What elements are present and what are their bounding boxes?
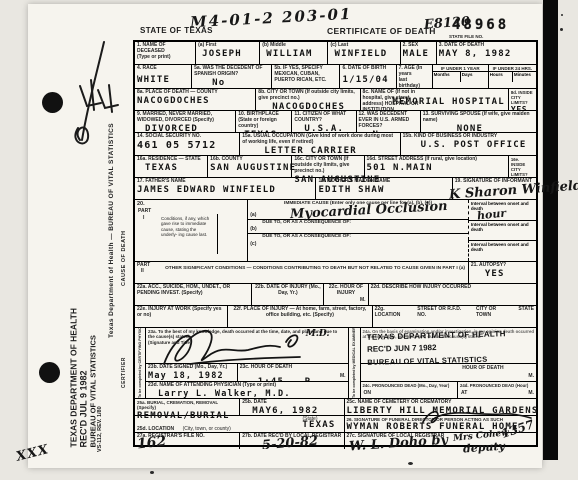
hours-label: Hours [489, 72, 512, 82]
months-label: Months [433, 72, 460, 82]
line-letter: (b) [250, 227, 256, 233]
label: 9. MARRIED, NEVER MARRIED, WIDOWED, DIVO… [137, 112, 233, 124]
field-spanish-origin: 5a. WAS THE DECEDENT OF SPANISH ORIGIN? … [191, 65, 271, 88]
label: 8b. CITY OR TOWN (If outside city limits… [258, 90, 357, 102]
field-res-county: 16b. COUNTY SAN AUGUSTINE [207, 156, 291, 177]
received-stamp-jun: TEXAS DEPARTMENT OF HEALTH REC'D JUN 7 1… [366, 329, 506, 367]
line-letter: (c) [250, 242, 256, 248]
field-disposition-location: 25d. LOCATION (City, town, or county) (S… [135, 416, 344, 432]
label: 1. NAME OF DECEASED [137, 43, 193, 55]
value: U.S.A. [304, 124, 353, 132]
label: 8d. INSIDE CITY LIMITS? [511, 90, 534, 105]
row-race: 4. RACE WHITE 5a. WAS THE DECEDENT OF SP… [135, 64, 536, 88]
label: 22b. DATE OF INJURY (Mo., Day, Yr.) [254, 285, 321, 297]
strip-text: To be completed by CERTIFYING PHYSICIAN [138, 328, 142, 398]
scan-edge-bar [543, 0, 558, 460]
label: 22c. HOUR OF INJURY [326, 285, 365, 297]
field-injury-date: 22b. DATE OF INJURY (Mo., Day, Yr.) [251, 284, 323, 305]
field-attending-physician: 23d. NAME OF ATTENDING PHYSICIAN (Type o… [146, 381, 348, 398]
label: 10. BIRTHPLACE (State or foreign country… [238, 112, 289, 130]
form-number-vertical: VS-112, REV. 1/80 [97, 348, 103, 452]
row-cause-part1: 20. PART I Conditions, if any, which gav… [135, 199, 536, 261]
field-father-name: 17. FATHER'S NAME JAMES EDWARD WINFIELD [135, 178, 315, 199]
field-burial-type: 25a. BURIAL, CREMATION, REMOVAL (Specify… [135, 399, 239, 415]
meridiem-label: M. [340, 374, 346, 380]
label: 11. CITIZEN OF WHAT COUNTRY? [294, 112, 353, 124]
field-pod-county: 8a. PLACE OF DEATH — COUNTY NACOGDOCHES [135, 89, 255, 110]
value: YES [511, 105, 534, 110]
field-pod-city: 8b. CITY OR TOWN (If outside city limits… [255, 89, 359, 110]
value: MEMORIAL HOSPITAL [392, 97, 505, 107]
cause-lines: IMMEDIATE CAUSE (Enter only one cause pe… [247, 200, 468, 261]
part-number: II [137, 269, 161, 275]
row-parents: 17. FATHER'S NAME JAMES EDWARD WINFIELD … [135, 177, 536, 199]
field-first-name: (a) First JOSEPH [195, 42, 259, 64]
label: 16c. CITY OR TOWN (If outside city limit… [294, 157, 361, 175]
value: MAY6, 1982 [252, 406, 341, 415]
value: SAN AUGUSTINE [210, 163, 289, 173]
label: IF UNDER 24 HRS. [489, 65, 536, 71]
stamp-line: TEXAS DEPARTMENT OF HEALTH [69, 298, 79, 448]
stamp-line: REC'D JUN 7 1982 [366, 341, 505, 354]
interval-label: Interval between onset and death [471, 242, 529, 252]
label: 20. [137, 201, 245, 207]
signature-md-suffix: M.D. [306, 329, 330, 339]
interval-c: Interval between onset and death [468, 240, 536, 261]
cause-line-b: (b) [248, 225, 468, 234]
value: 461 05 5712 [137, 140, 237, 151]
row-funeral: 25d. LOCATION (City, town, or county) (S… [135, 415, 536, 432]
interval-b: Interval between onset and death [468, 220, 536, 241]
label: 24d. PRONOUNCED DEAD (Hour) [460, 383, 534, 388]
label: 25d. LOCATION [137, 426, 174, 432]
value: No [373, 130, 418, 132]
value: WINFIELD [334, 49, 397, 59]
serial-number: 48968 [452, 17, 509, 33]
field-res-state: 16a. RESIDENCE — STATE TEXAS [135, 156, 207, 177]
field-pod-inside-city-limits: 8d. INSIDE CITY LIMITS? YES [508, 89, 536, 110]
meridiem-label: M. [528, 391, 534, 397]
state-file-no-label: STATE FILE NO. [449, 34, 483, 39]
field-if-under-24-hrs: IF UNDER 24 HRS. Hours Minutes [488, 65, 536, 88]
part-number: I [143, 216, 144, 222]
value: 1/15/04 [342, 75, 393, 85]
field-armed-forces: 12. WAS DECEDENT EVER IN U.S. ARMED FORC… [356, 111, 420, 132]
value: WHITE [137, 75, 189, 85]
scan-speck [561, 14, 563, 16]
certifier-vertical: CERTIFIER [121, 330, 127, 388]
value: DIVORCED [145, 124, 233, 132]
value: NACOGDOCHES [137, 96, 253, 106]
field-pronounced-dead-date: 24c. PRONOUNCED DEAD (Mo., Day, Year) ON [361, 382, 457, 398]
line-letter: (a) [250, 213, 256, 219]
label: 5b. IF YES, SPECIFY MEXICAN, CUBAN, PUER… [274, 66, 337, 84]
physician-signature [150, 320, 355, 372]
value: 501 N.MAIN [367, 163, 506, 173]
field-res-street: 16d. STREET ADDRESS (If rural, give loca… [364, 156, 508, 177]
field-23a-certification: 23a. To the best of my knowledge, death … [146, 328, 348, 363]
label: IF UNDER 1 YEAR [433, 65, 488, 71]
scan-speck [560, 28, 563, 31]
field-injury-location: 22g. LOCATION STREET OR R.F.D. NO. CITY … [372, 306, 536, 327]
label: last birthday) [399, 78, 430, 88]
field-ssn: 14. SOCIAL SECURITY NO. 461 05 5712 [135, 133, 239, 155]
value: MALE [403, 49, 434, 59]
label: 24c. PRONOUNCED DEAD (Mo., Day, Year) [363, 383, 455, 388]
field-industry: 15b. KIND OF BUSINESS OR INDUSTRY U.S. P… [400, 133, 536, 155]
value: No [212, 78, 269, 88]
row-registrar: 27a. REGISTRAR'S FILE NO. 162 27b. DATE … [135, 432, 536, 449]
field-autopsy: 21. AUTOPSY? YES [468, 262, 536, 283]
label: 25a. BURIAL, CREMATION, REMOVAL (Specify… [137, 400, 237, 411]
field-registrar-file-no: 27a. REGISTRAR'S FILE NO. 162 [135, 433, 239, 449]
location-label: 22g. LOCATION [375, 307, 410, 319]
field-marital-status: 9. MARRIED, NEVER MARRIED, WIDOWED, DIVO… [135, 111, 235, 132]
value: TEXAS [244, 130, 289, 132]
row-pronounced-dead: 24c. PRONOUNCED DEAD (Mo., Day, Year) ON… [361, 381, 536, 398]
label: HOUR OF DEATH [462, 366, 503, 372]
sub-cells: Months Days [433, 71, 488, 82]
field-middle-name: (b) Middle WILLIAM [259, 42, 327, 64]
part-label: PART [138, 209, 151, 215]
cause-line-c: (c) [248, 239, 468, 248]
label: 4. RACE [137, 66, 189, 72]
other-conditions-cell: OTHER SIGNIFICANT CONDITIONS — CONDITION… [163, 262, 468, 283]
field-race: 4. RACE WHITE [135, 65, 191, 88]
stamp-line: REC'D JUL 9 1982 [79, 298, 89, 448]
part2-label-cell: PART II [135, 262, 163, 283]
row-ssn-occupation: 14. SOCIAL SECURITY NO. 461 05 5712 15a.… [135, 132, 536, 155]
value: TEXAS [145, 163, 205, 173]
field-if-under-1-year: IF UNDER 1 YEAR Months Days [432, 65, 488, 88]
value: LETTER CARRIER [264, 146, 397, 155]
value: EDITH SHAW [318, 185, 449, 195]
minutes-label: Minutes [512, 72, 536, 82]
field-pod-hospital: 8c. NAME OF (If not in hospital, give st… [360, 89, 508, 110]
death-certificate-scan: STATE OF TEXAS M4-01-2 203-01 CERTIFICAT… [0, 0, 578, 480]
value: YES [485, 269, 534, 279]
handwritten-squiggle-44 [58, 38, 130, 158]
value: - - - - - - - - - [274, 84, 337, 88]
state-label: STATE [518, 307, 534, 319]
value-state: TEXAS [302, 420, 335, 430]
meridiem-label: M. [360, 298, 366, 304]
note-divider [217, 214, 218, 254]
label: 22d. DESCRIBE HOW INJURY OCCURRED [371, 285, 534, 291]
field-citizen: 11. CITIZEN OF WHAT COUNTRY? U.S.A. [291, 111, 355, 132]
value: NACOGDOCHES [272, 102, 357, 110]
field-age: 7. AGE (In years last birthday) 78 [396, 65, 432, 88]
row-place-of-death: 8a. PLACE OF DEATH — COUNTY NACOGDOCHES … [135, 88, 536, 110]
field-date-of-birth: 6. DATE OF BIRTH 1/15/04 [339, 65, 395, 88]
field-accident-type: 22a. ACC., SUICIDE, HOM., UNDET., OR PEN… [135, 284, 251, 305]
field-local-registrar-signature: 27c. SIGNATURE OF LOCAL REGISTRAR W. L. … [344, 433, 536, 449]
certifier-block: To be completed by CERTIFYING PHYSICIAN … [135, 327, 536, 398]
label: 12. WAS DECEDENT EVER IN U.S. ARMED FORC… [359, 112, 418, 130]
value: NONE [457, 124, 534, 132]
label: 13. SURVIVING SPOUSE (If wife, give maid… [423, 112, 534, 124]
on-label: ON [364, 391, 372, 397]
days-label: Days [460, 72, 488, 82]
at-label: AT [461, 391, 467, 397]
stamp-line: BUREAU OF VITAL STATISTICS [89, 298, 98, 448]
label: 15a. USUAL OCCUPATION (Give kind of work… [242, 134, 397, 146]
field-res-city: 16c. CITY OR TOWN (If outside city limit… [291, 156, 363, 177]
scan-speck [408, 462, 413, 465]
certificate-form: 1. NAME OF DECEASED (Type or print) (a) … [133, 40, 538, 447]
cause-left-panel: 20. PART I Conditions, if any, which gav… [135, 200, 247, 261]
label: 5a. WAS THE DECEDENT OF SPANISH ORIGIN? [194, 66, 269, 78]
value: Larry L. Walker, M.D. [158, 389, 346, 398]
value: JOSEPH [202, 49, 257, 59]
interval-label: Interval between onset and death [471, 222, 529, 232]
field-spanish-specify: 5b. IF YES, SPECIFY MEXICAN, CUBAN, PUER… [271, 65, 339, 88]
field-surviving-spouse: 13. SURVIVING SPOUSE (If wife, give maid… [420, 111, 536, 132]
file-number-handwriting: 162 [136, 434, 167, 453]
street-label: STREET OR R.F.D. NO. [417, 307, 468, 319]
label: 16e. INSIDE CITY LIMITS? [511, 157, 534, 177]
value: JAMES EDWARD WINFIELD [137, 185, 313, 195]
row-injury-1: 22a. ACC., SUICIDE, HOM., UNDET., OR PEN… [135, 283, 536, 305]
other-conditions-label: OTHER SIGNIFICANT CONDITIONS — CONDITION… [165, 263, 466, 272]
field-injury-how: 22d. DESCRIBE HOW INJURY OCCURRED [368, 284, 536, 305]
value: U.S. POST OFFICE [421, 140, 534, 150]
label: 22e. INJURY AT WORK (Specify yes or no) [137, 307, 225, 319]
field-burial-date: 25b. DATE MAY6, 1982 [239, 399, 343, 415]
row-marital: 9. MARRIED, NEVER MARRIED, WIDOWED, DIVO… [135, 110, 536, 132]
field-date-received: 27b. DATE REC'D BY LOCAL REGISTRAR 5-20-… [239, 433, 343, 449]
field-name-label: 1. NAME OF DECEASED (Type or print) [135, 42, 195, 64]
certificate-title: CERTIFICATE OF DEATH [327, 26, 436, 36]
field-date-of-death: 3. DATE OF DEATH MAY 8, 1982 [436, 42, 536, 64]
conditions-note: Conditions, if any, which gave rise to i… [161, 216, 213, 237]
meridiem-label: M. [528, 374, 534, 380]
hole-punch [39, 362, 60, 383]
label: (City, town, or county) [183, 426, 231, 432]
value: May 18, 1982 [148, 371, 235, 381]
row-name: 1. NAME OF DECEASED (Type or print) (a) … [135, 42, 536, 64]
field-informant-signature: 19. SIGNATURE OF INFORMANT K Sharon Winf… [452, 178, 536, 199]
field-occupation: 15a. USUAL OCCUPATION (Give kind of work… [239, 133, 399, 155]
field-last-name: (c) Last WINFIELD [327, 42, 399, 64]
value: MAY 8, 1982 [439, 49, 534, 59]
field-mother-name: 18. MOTHER'S MAIDEN NAME EDITH SHAW [315, 178, 451, 199]
field-res-inside-city-limits: 16e. INSIDE CITY LIMITS? YES [508, 156, 536, 177]
received-stamp-jul: TEXAS DEPARTMENT OF HEALTH REC'D JUL 9 1… [69, 298, 98, 448]
value: WILLIAM [266, 49, 325, 59]
certifying-physician-strip: To be completed by CERTIFYING PHYSICIAN [135, 328, 145, 398]
interval-column: Interval between onset and death hour In… [468, 200, 536, 261]
field-pronounced-dead-hour: 24d. PRONOUNCED DEAD (Hour) AT M. [457, 382, 536, 398]
label: 22f. PLACE OF INJURY — At home, farm, st… [230, 307, 369, 319]
cause-of-death-vertical: CAUSE OF DEATH [121, 198, 127, 286]
label: 7. AGE (In years [399, 66, 430, 78]
row-residence: 16a. RESIDENCE — STATE TEXAS 16b. COUNTY… [135, 155, 536, 177]
field-sex: 2. SEX MALE [400, 42, 436, 64]
label: 22a. ACC., SUICIDE, HOM., UNDET., OR PEN… [137, 285, 249, 297]
label: (Type or print) [137, 55, 193, 61]
field-injury-hour: 22c. HOUR OF INJURY M. [323, 284, 367, 305]
interval-a: Interval between onset and death hour [468, 200, 536, 220]
certifier-right-column: TEXAS DEPARTMENT OF HEALTH REC'D JUN 7 1… [360, 328, 536, 398]
label: 6. DATE OF BIRTH [342, 66, 393, 72]
certifier-left-column: 23a. To the best of my knowledge, death … [145, 328, 348, 398]
sub-cells: Hours Minutes [489, 71, 536, 82]
row-cause-part2: PART II OTHER SIGNIFICANT CONDITIONS — C… [135, 261, 536, 283]
scan-speck [150, 471, 154, 474]
field-birthplace: 10. BIRTHPLACE (State or foreign country… [235, 111, 291, 132]
city-label: CITY OR TOWN [476, 307, 510, 319]
cause-line-a: (a) Myocardial Occlusion [248, 207, 468, 220]
